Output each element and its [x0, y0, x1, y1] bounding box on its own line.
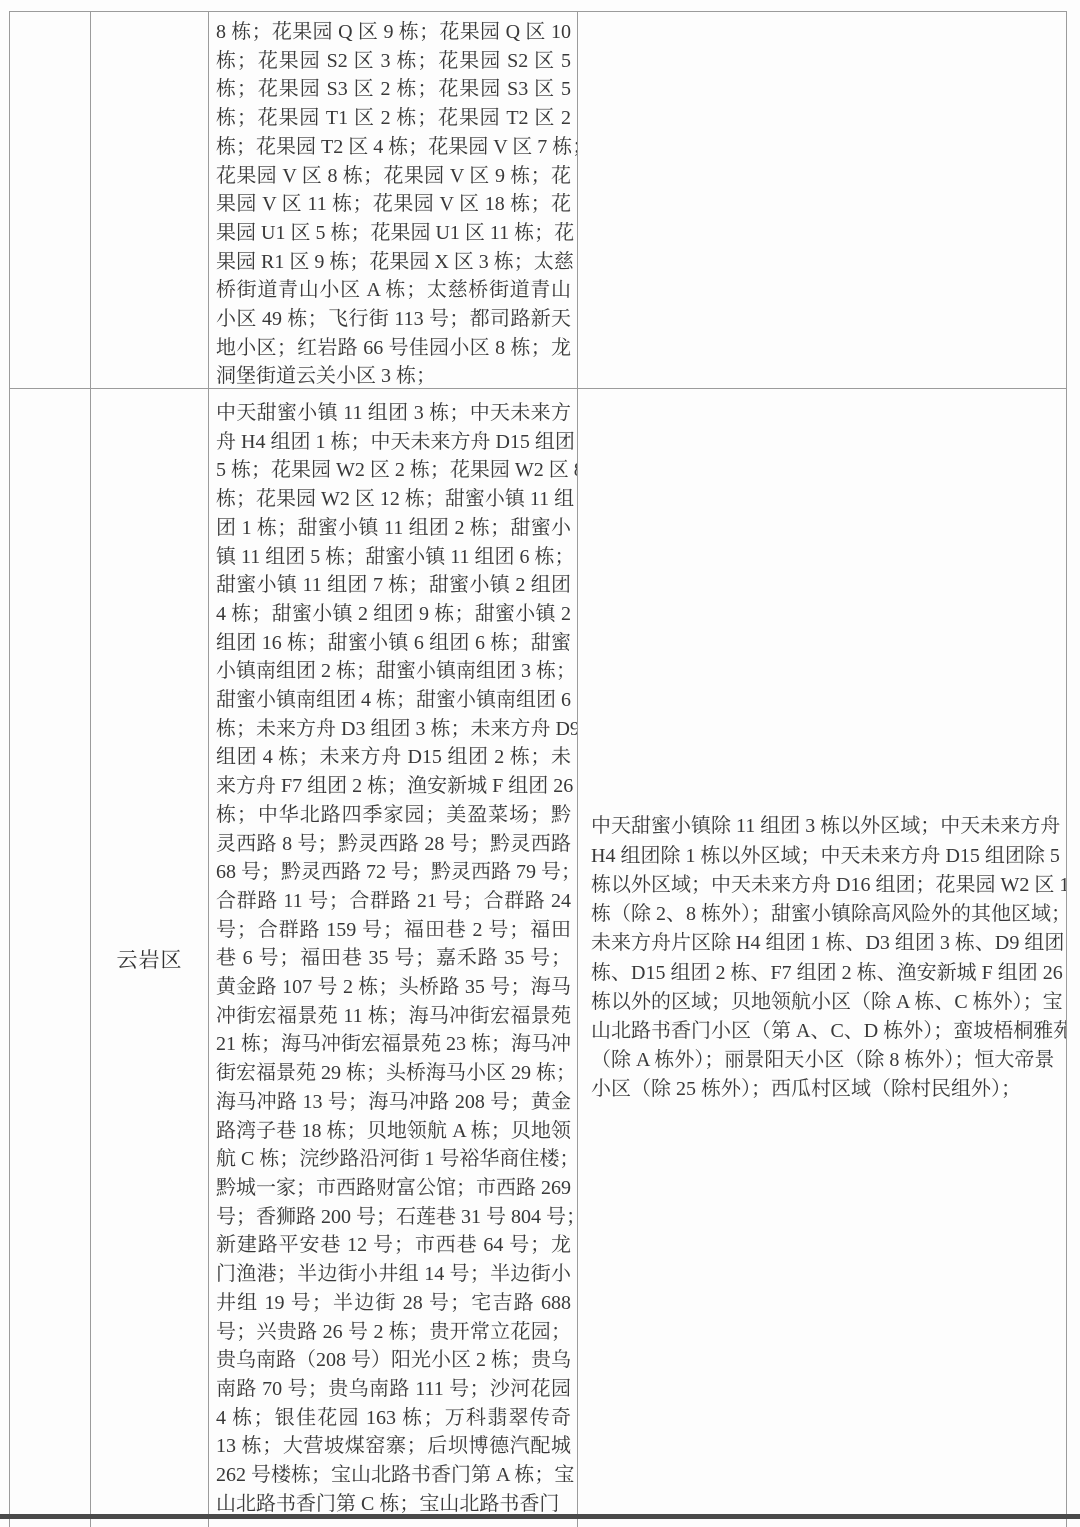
building-list-text: 8 栋；花果园 Q 区 9 栋；花果园 Q 区 10栋；花果园 S2 区 3 栋… — [216, 18, 571, 388]
cell-building-list: 中天甜蜜小镇 11 组团 3 栋；中天未来方舟 H4 组团 1 栋；中天未来方舟… — [209, 389, 578, 1527]
document-page: 8 栋；花果园 Q 区 9 栋；花果园 Q 区 10栋；花果园 S2 区 3 栋… — [0, 0, 1080, 1527]
cell-other-areas: 中天甜蜜小镇除 11 组团 3 栋以外区域；中天未来方舟H4 组团除 1 栋以外… — [578, 389, 1066, 1527]
building-list-text: 中天甜蜜小镇 11 组团 3 栋；中天未来方舟 H4 组团 1 栋；中天未来方舟… — [216, 399, 571, 1518]
cell-index-empty — [10, 12, 91, 388]
risk-area-table: 8 栋；花果园 Q 区 9 栋；花果园 Q 区 10栋；花果园 S2 区 3 栋… — [9, 11, 1067, 1527]
cell-other-areas-empty — [578, 12, 1066, 388]
cell-index-empty — [10, 389, 91, 1527]
page-bottom-crop-line — [0, 1514, 1080, 1519]
other-areas-text: 中天甜蜜小镇除 11 组团 3 栋以外区域；中天未来方舟H4 组团除 1 栋以外… — [591, 812, 1054, 1104]
cell-district-empty — [91, 12, 209, 388]
table-row: 云岩区 中天甜蜜小镇 11 组团 3 栋；中天未来方舟 H4 组团 1 栋；中天… — [10, 389, 1066, 1527]
cell-district: 云岩区 — [91, 389, 209, 1527]
table-row: 8 栋；花果园 Q 区 9 栋；花果园 Q 区 10栋；花果园 S2 区 3 栋… — [10, 12, 1066, 389]
district-label: 云岩区 — [117, 944, 183, 974]
cell-building-list: 8 栋；花果园 Q 区 9 栋；花果园 Q 区 10栋；花果园 S2 区 3 栋… — [209, 12, 578, 388]
